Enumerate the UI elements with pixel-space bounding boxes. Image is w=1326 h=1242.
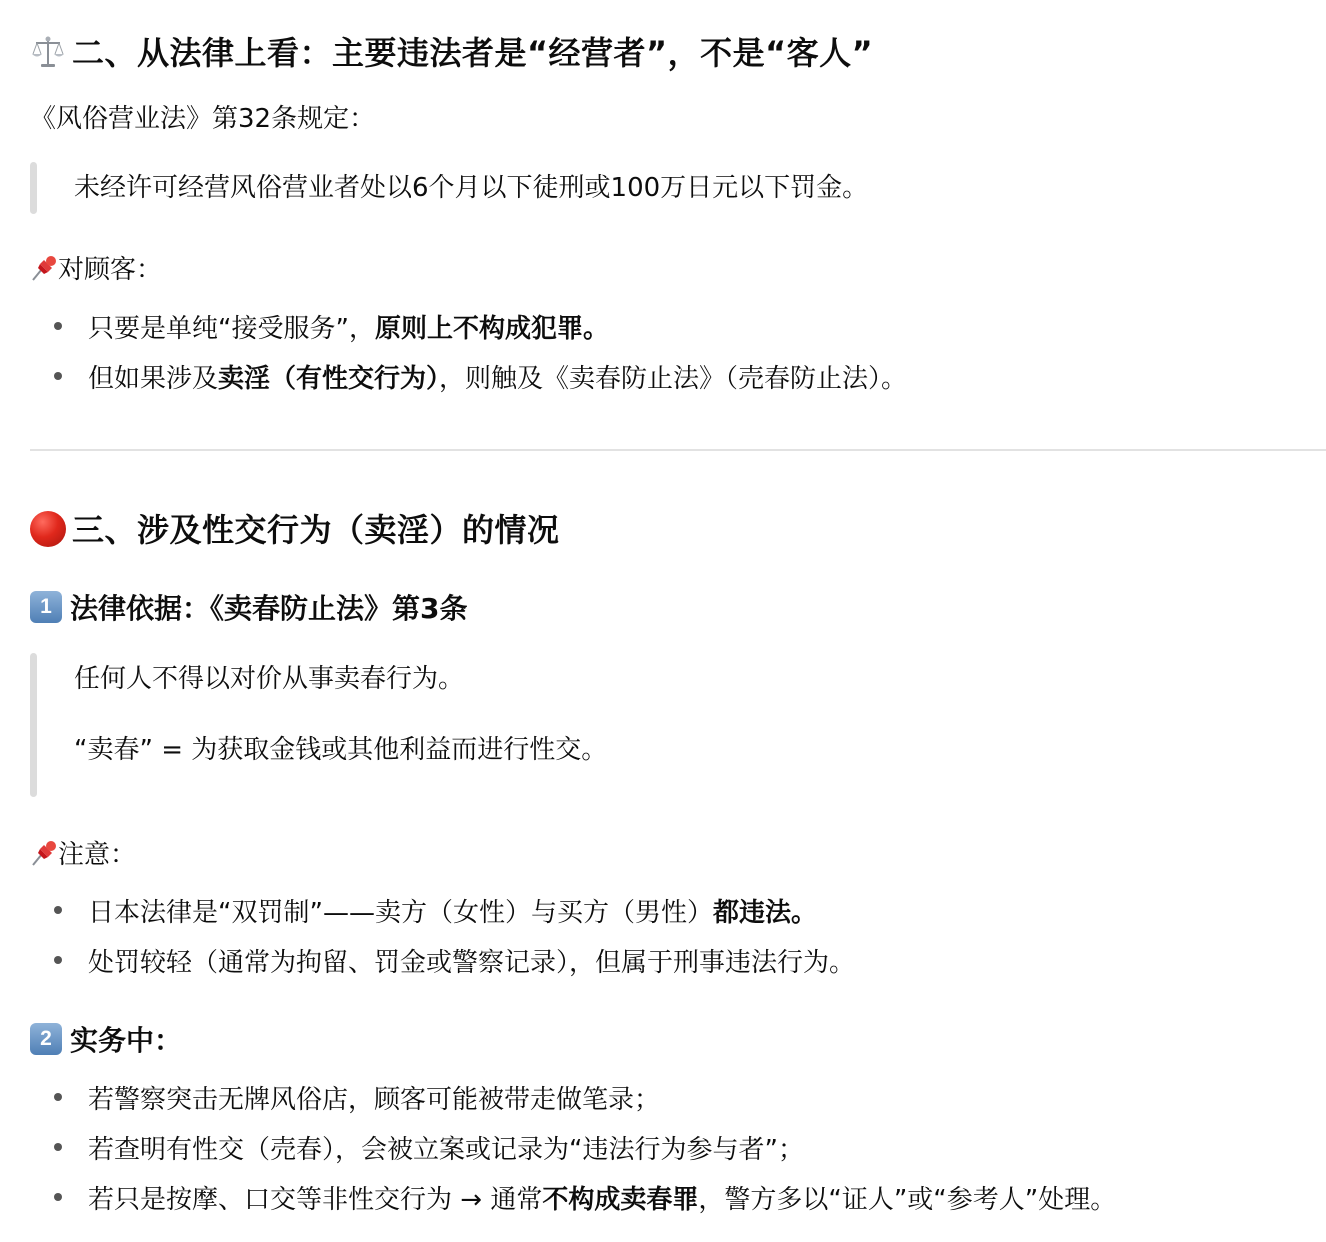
balance-scale-icon <box>30 34 66 70</box>
bullet-dot <box>54 372 62 380</box>
subsection-1-heading: 1法律依据：《卖春防止法》第3条 <box>30 587 467 627</box>
subsection-2-heading-text: 实务中： <box>70 1024 182 1057</box>
bullet-dot <box>54 1093 62 1101</box>
list-item: 只要是单纯“接受服务”，原则上不构成犯罪。 <box>88 308 609 345</box>
bullet-dot <box>54 1193 62 1201</box>
bullet-dot <box>54 1143 62 1151</box>
keycap-1-icon: 1 <box>30 591 62 623</box>
pushpin-icon <box>30 839 58 867</box>
note: 注意： <box>30 834 136 871</box>
pushpin-icon <box>30 254 58 282</box>
customer-note: 对顾客： <box>30 249 162 286</box>
blockquote-text: 未经许可经营风俗营业者处以6个月以下徒刑或100万日元以下罚金。 <box>74 167 868 204</box>
keycap-2-icon: 2 <box>30 1023 62 1055</box>
list-item: 处罚较轻（通常为拘留、罚金或警察记录），但属于刑事违法行为。 <box>88 942 855 979</box>
section-2-heading: 二、从法律上看：主要违法者是“经营者”，不是“客人” <box>30 28 873 74</box>
red-circle-icon <box>30 511 66 547</box>
list-item: 日本法律是“双罚制”——卖方（女性）与买方（男性）都违法。 <box>88 892 817 929</box>
note-label: 注意： <box>58 840 136 870</box>
bullet-dot <box>54 322 62 330</box>
blockquote-line: “卖春” = 为获取金钱或其他利益而进行性交。 <box>74 729 607 766</box>
blockquote-bar <box>30 653 37 797</box>
list-item: 若警察突击无牌风俗店，顾客可能被带走做笔录； <box>88 1079 660 1116</box>
blockquote-line: 任何人不得以对价从事卖春行为。 <box>74 658 464 695</box>
subsection-2-heading: 2实务中： <box>30 1019 182 1059</box>
section-3-heading-text: 三、涉及性交行为（卖淫）的情况 <box>72 511 560 549</box>
subsection-1-heading-text: 法律依据：《卖春防止法》第3条 <box>70 592 467 625</box>
list-item: 若只是按摩、口交等非性交行为 → 通常不构成卖春罪，警方多以“证人”或“参考人”… <box>88 1179 1116 1216</box>
blockquote-bar <box>30 162 37 214</box>
law-intro: 《风俗营业法》第32条规定： <box>30 98 375 135</box>
section-divider <box>30 449 1326 451</box>
list-item: 但如果涉及卖淫（有性交行为），则触及《卖春防止法》（売春防止法）。 <box>88 358 907 395</box>
section-3-heading: 三、涉及性交行为（卖淫）的情况 <box>30 505 560 551</box>
bullet-dot <box>54 906 62 914</box>
customer-note-label: 对顾客： <box>58 255 162 285</box>
section-2-heading-text: 二、从法律上看：主要违法者是“经营者”，不是“客人” <box>72 34 873 72</box>
list-item: 若查明有性交（売春），会被立案或记录为“违法行为参与者”； <box>88 1129 804 1166</box>
bullet-dot <box>54 956 62 964</box>
